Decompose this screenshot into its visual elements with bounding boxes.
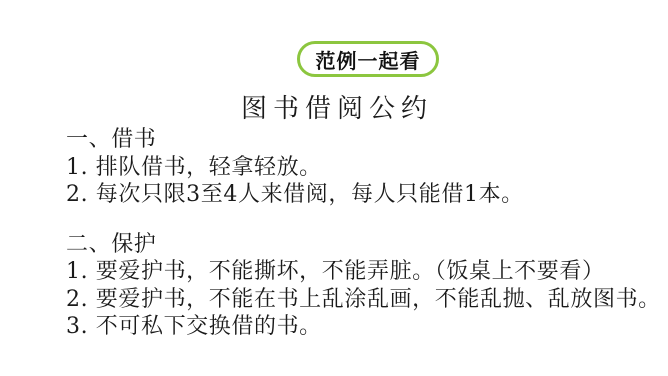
section-header-badge: 范例一起看 [297, 41, 439, 77]
section-protection: 二、保护 1. 要爱护书，不能撕坏，不能弄脏。（饭桌上不要看） 2. 要爱护书，… [66, 231, 668, 341]
section-borrowing: 一、借书 1. 排队借书，轻拿轻放。 2. 每次只限3至4人来借阅，每人只能借1… [66, 126, 668, 209]
slide-body: 一、借书 1. 排队借书，轻拿轻放。 2. 每次只限3至4人来借阅，每人只能借1… [66, 126, 668, 341]
section-heading: 一、借书 [66, 126, 668, 154]
slide-title: 图书借阅公约 [0, 88, 668, 125]
rule-item: 3. 不可私下交换借的书。 [66, 313, 668, 341]
section-heading: 二、保护 [66, 231, 668, 259]
badge-label: 范例一起看 [316, 45, 421, 74]
rule-item: 2. 每次只限3至4人来借阅，每人只能借1本。 [66, 181, 668, 209]
presentation-slide: 范例一起看 图书借阅公约 一、借书 1. 排队借书，轻拿轻放。 2. 每次只限3… [0, 0, 668, 376]
rule-item: 2. 要爱护书，不能在书上乱涂乱画，不能乱抛、乱放图书。 [66, 286, 668, 314]
rule-item: 1. 要爱护书，不能撕坏，不能弄脏。（饭桌上不要看） [66, 258, 668, 286]
rule-item: 1. 排队借书，轻拿轻放。 [66, 154, 668, 182]
